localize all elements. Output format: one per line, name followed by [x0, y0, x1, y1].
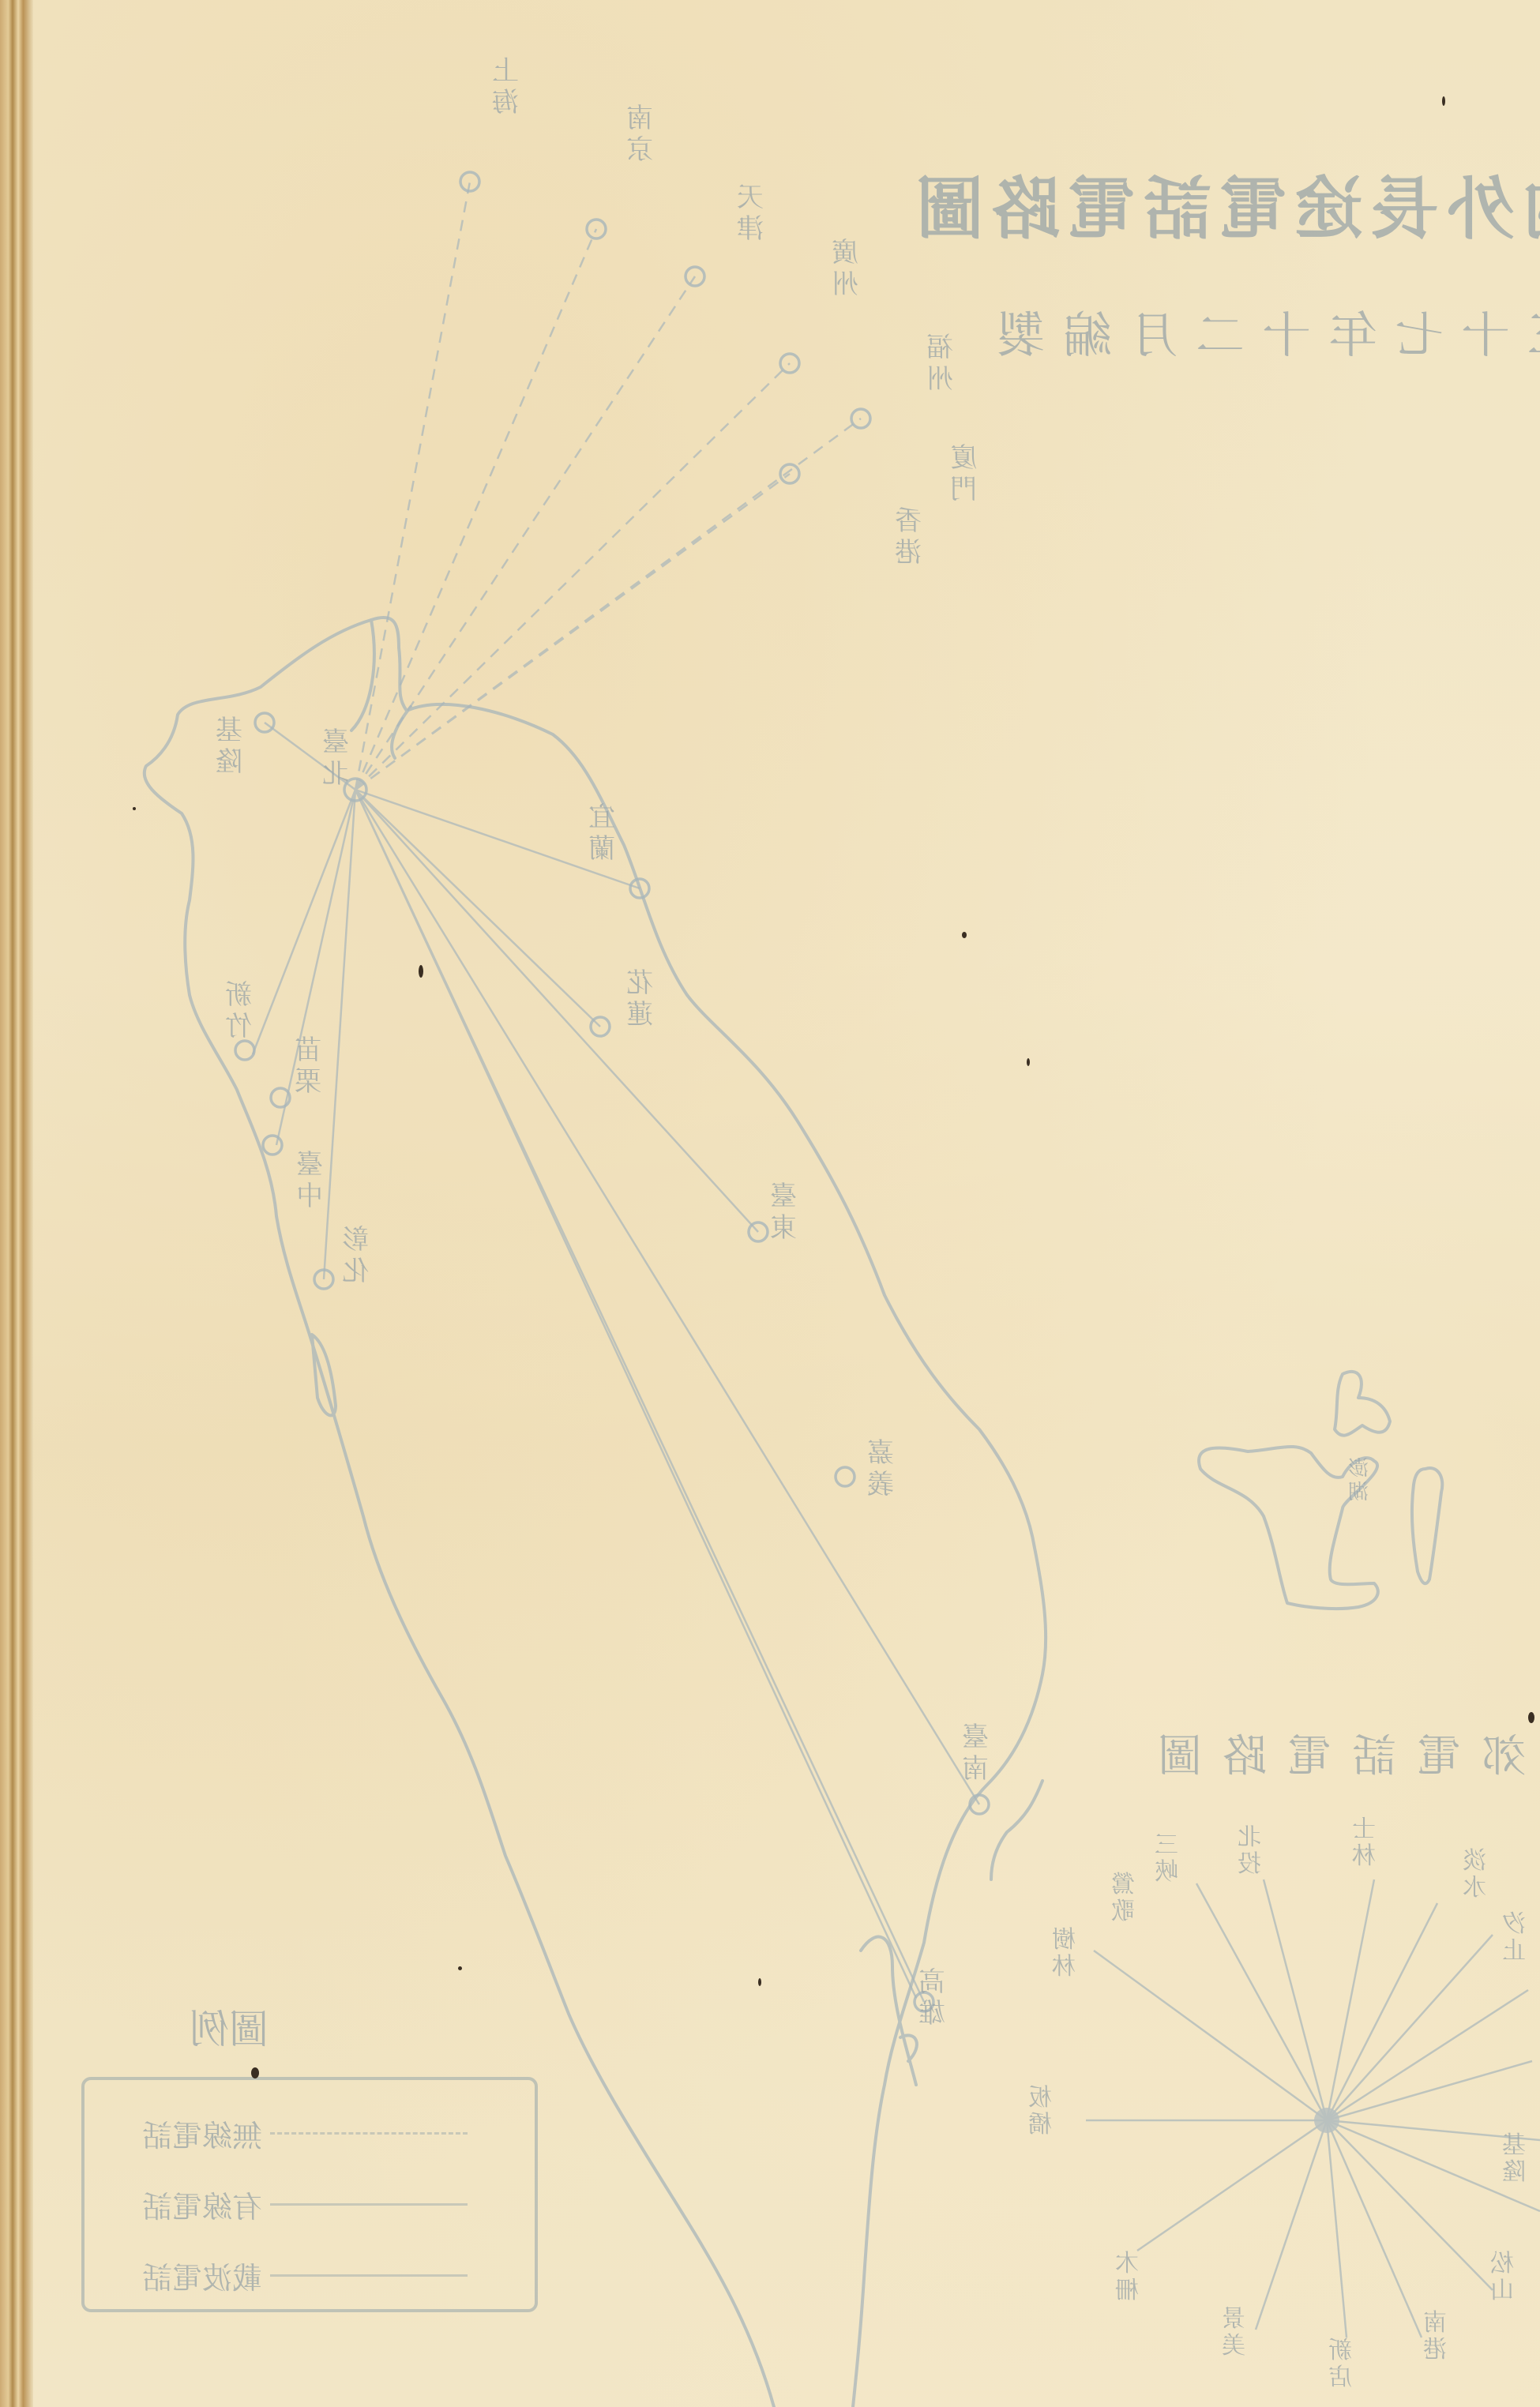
legend-item-wireless: 無線電話 [112, 2112, 468, 2155]
radial-label-6: 松山 [1489, 2251, 1516, 2304]
paper-speck [133, 807, 136, 810]
radial-label-14: 三峽 [1153, 1832, 1180, 1886]
circuit-lines [253, 182, 979, 2002]
town-label-taichung: 臺中 [294, 1149, 325, 1212]
west-sandbar [312, 1335, 336, 1415]
radial-label-8: 新店 [1327, 2338, 1354, 2391]
paper-speck [1027, 1058, 1030, 1066]
paper-speck [458, 1966, 462, 1970]
overseas-label-fuzhou: 福州 [924, 332, 956, 395]
overseas-label-shanghai: 上海 [490, 55, 521, 118]
radial-label-12: 樹林 [1050, 1927, 1077, 1981]
suburban-hub-dot [1314, 2108, 1339, 2133]
radial-label-4: 汐止 [1501, 1911, 1527, 1965]
paper-speck [251, 2067, 259, 2078]
penghu-label: 澎湖 [1343, 1457, 1374, 1504]
suburban-radial-lines [1086, 1879, 1540, 2338]
suburban-map-title: 近郊電話電路圖 [1137, 1722, 1540, 1785]
paper-speck [419, 965, 423, 978]
legend-item-carrier: 載波電話 [112, 2254, 468, 2297]
north-estuary [351, 620, 411, 758]
legend-solid-line [270, 2274, 468, 2277]
paper-speck [758, 1978, 761, 1986]
station-circles [235, 172, 989, 2011]
town-label-kaohsiung: 高雄 [916, 1966, 948, 2030]
radial-label-9: 景美 [1220, 2306, 1247, 2360]
overseas-label-xiamen: 廈門 [948, 442, 979, 505]
map-title: 内外長途電話電路圖 [908, 154, 1540, 252]
town-label-keelung: 基隆 [213, 715, 245, 778]
legend-title: 圖例 [190, 1998, 426, 2055]
overseas-label-tianjin: 天津 [734, 182, 766, 245]
radial-label-10: 木柵 [1114, 2251, 1140, 2304]
radial-label-5: 基隆 [1501, 2132, 1527, 2186]
town-label-changhua: 彰化 [340, 1224, 371, 1287]
penghu-north-island [1335, 1372, 1390, 1436]
town-label-taitung: 臺東 [768, 1181, 799, 1244]
town-label-yilan: 宜蘭 [586, 802, 618, 865]
legend-dashed-line [270, 2132, 468, 2135]
town-label-tainan: 臺南 [960, 1722, 991, 1785]
radial-label-7: 南港 [1422, 2310, 1448, 2364]
paper-speck [962, 932, 967, 938]
overseas-label-nanjing: 南京 [624, 103, 655, 166]
town-label-chiayi: 嘉義 [865, 1437, 896, 1500]
town-label-hualien: 花蓮 [624, 967, 655, 1031]
penghu-east-island [1412, 1468, 1442, 1583]
radial-label-11: 板橋 [1027, 2085, 1054, 2139]
map-date-subtitle: 三十七年十二月編製 [979, 296, 1516, 366]
paper-speck [1442, 96, 1445, 106]
overseas-label-hongkong: 香港 [892, 505, 924, 569]
paper-speck [1528, 1712, 1534, 1723]
town-label-hsinchu: 新竹 [223, 979, 254, 1042]
town-label-miaoli: 苗栗 [292, 1035, 324, 1098]
town-label-taipei: 臺北 [320, 727, 351, 790]
suburban-coastline [991, 1781, 1042, 1879]
legend-box: 無線電話 有線電話 載波電話 [81, 2077, 538, 2312]
radial-label-1: 北投 [1236, 1824, 1263, 1878]
overseas-label-guangzhou: 廣州 [829, 237, 861, 300]
radial-label-2: 士林 [1350, 1816, 1377, 1870]
legend-solid-line [270, 2203, 468, 2206]
radial-label-13: 鶯歌 [1110, 1872, 1136, 1925]
radial-label-3: 淡水 [1461, 1848, 1488, 1902]
legend-item-wired: 有線電話 [112, 2183, 468, 2226]
